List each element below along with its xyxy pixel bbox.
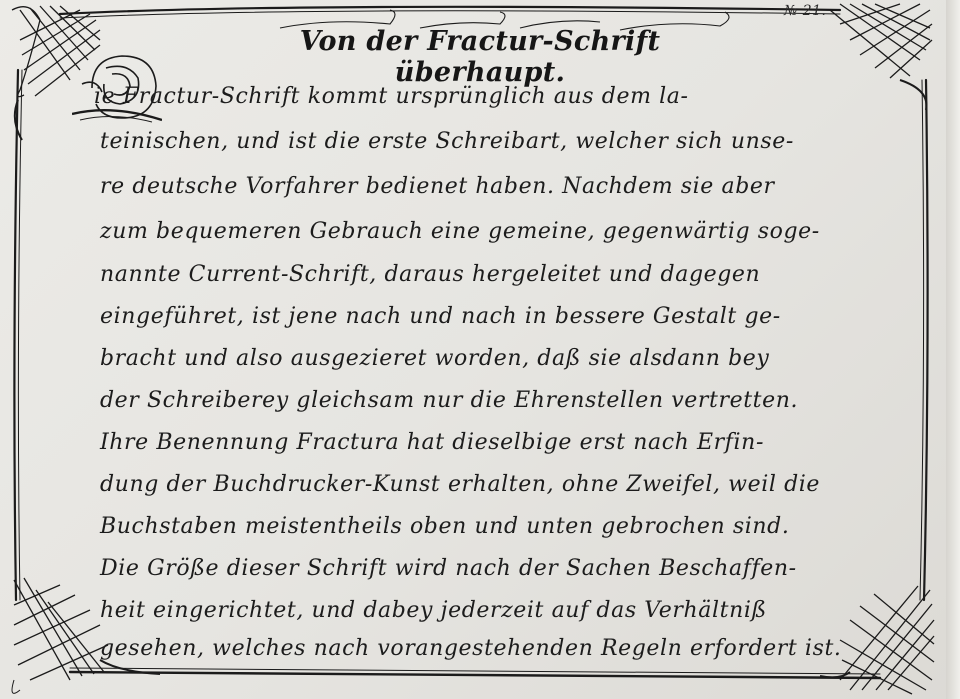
page-title: Von der Fractur-Schrift überhaupt. xyxy=(230,26,730,88)
manuscript-page: № 21. Von der Fractur-Schrift überhaupt.… xyxy=(0,0,960,699)
text-line-10: dung der Buchdrucker-Kunst erhalten, ohn… xyxy=(100,472,820,497)
corner-flourish-top-right xyxy=(830,4,932,110)
text-line-3: re deutsche Vorfahrer bedienet haben. Na… xyxy=(100,174,775,199)
text-line-4: zum bequemeren Gebrauch eine gemeine, ge… xyxy=(100,219,820,244)
text-line-6: eingeführet, ist jene nach und nach in b… xyxy=(100,304,781,329)
text-line-12: Die Größe dieser Schrift wird nach der S… xyxy=(100,556,797,581)
text-line-8: der Schreiberey gleichsam nur die Ehrens… xyxy=(100,388,798,413)
text-line-1: ie Fractur-Schrift kommt ursprünglich au… xyxy=(94,84,689,109)
text-line-7: bracht und also ausgezieret worden, daß … xyxy=(100,346,769,371)
text-line-9: Ihre Benennung Fractura hat dieselbige e… xyxy=(100,430,764,455)
text-line-5: nannte Current-Schrift, daraus hergeleit… xyxy=(100,262,760,287)
text-line-11: Buchstaben meistentheils oben und unten … xyxy=(100,514,789,539)
text-line-14: gesehen, welches nach vorangestehenden R… xyxy=(100,636,842,661)
page-number: № 21. xyxy=(784,3,826,19)
text-line-2: teinischen, und ist die erste Schreibart… xyxy=(100,129,794,154)
text-line-13: heit eingerichtet, und dabey jederzeit a… xyxy=(100,598,767,623)
